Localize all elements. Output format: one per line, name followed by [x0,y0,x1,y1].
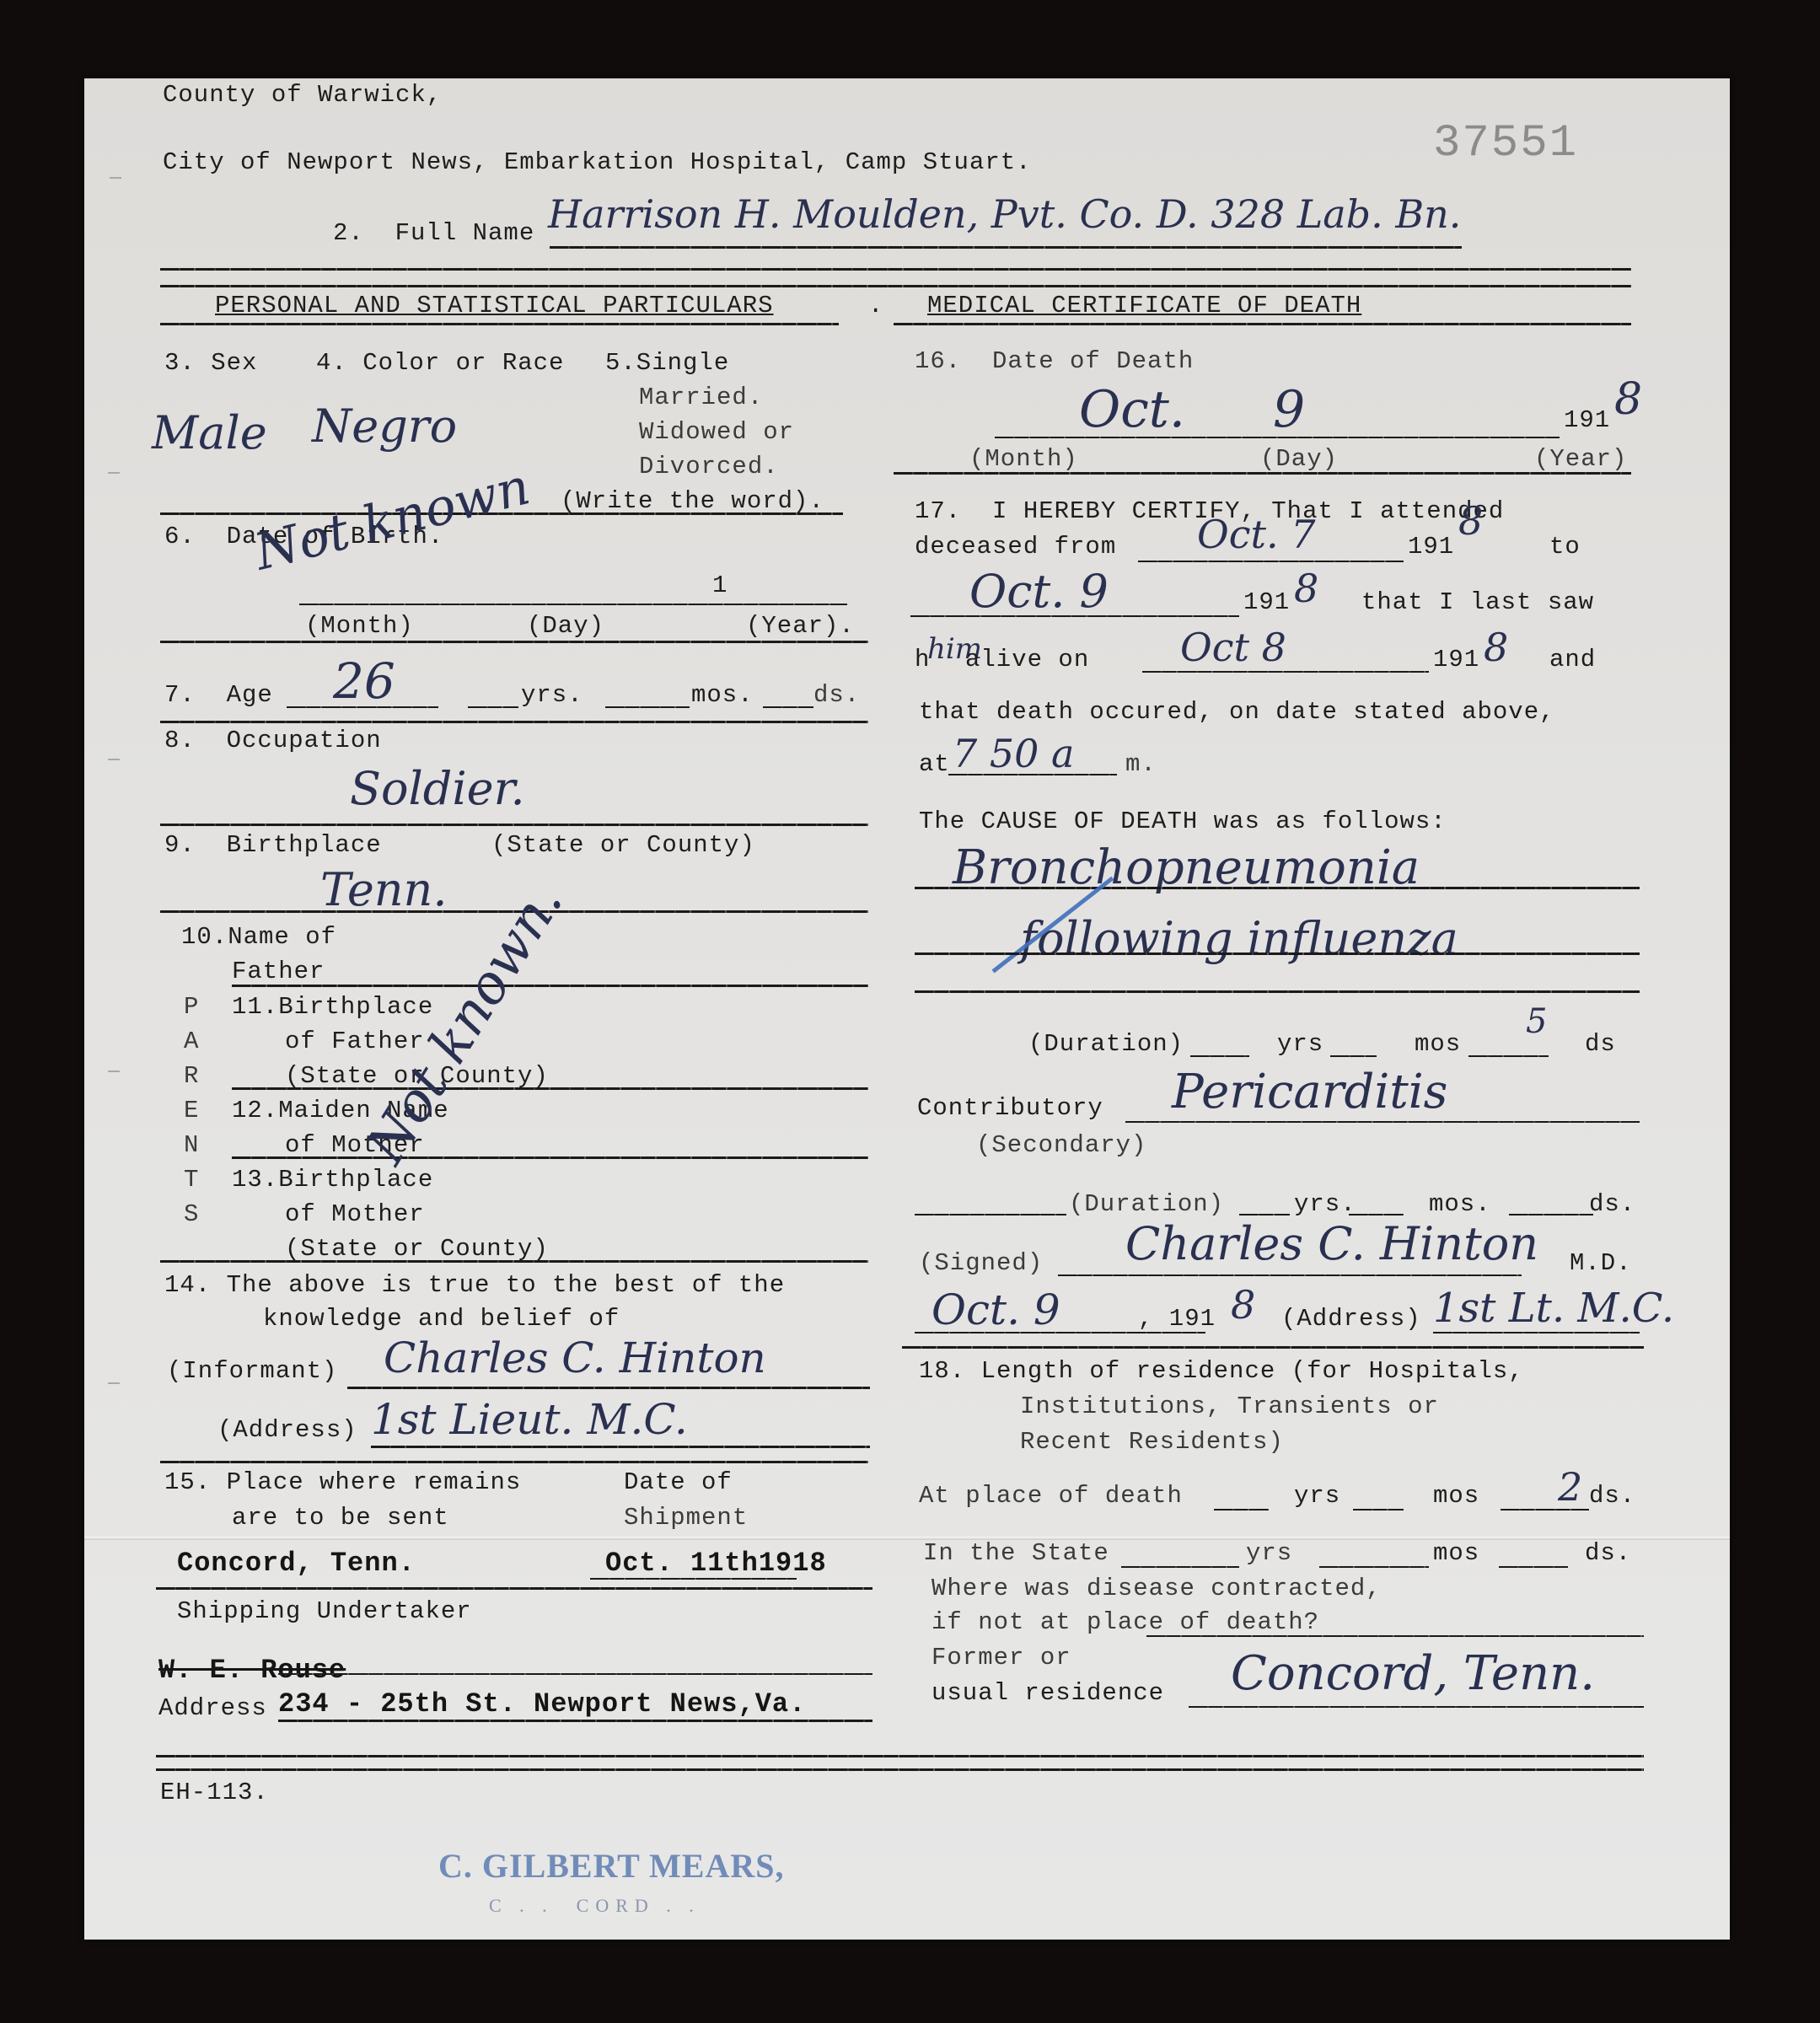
state-yrs: yrs [1246,1539,1292,1568]
state-mos: mos [1433,1539,1479,1568]
age-label: 7. Age [164,681,273,710]
race-label: 4. Color or Race [316,349,564,378]
duration-yrs: yrs [1277,1030,1323,1059]
parents-vertical-letter: S [184,1200,199,1229]
dod-year-prefix: 191 [1564,406,1610,435]
remains-destination: Concord, Tenn. [177,1549,416,1578]
cause-of-death-label: The CAUSE OF DEATH was as follows: [919,808,1447,836]
divider [160,323,839,325]
signature-line [1058,1274,1522,1276]
dod-month-label: (Month) [969,445,1078,474]
secondary-label: (Secondary) [976,1131,1146,1160]
duration-ds: ds [1585,1030,1616,1059]
informant-label: (Informant) [167,1357,337,1386]
sex-value: Male [152,411,267,455]
dob-typed-digit: 1 [712,571,727,600]
duration2-line [1509,1214,1593,1215]
cause-line [915,887,1640,889]
divider [894,472,1631,475]
pod-line [1214,1509,1269,1511]
remains-label: are to be sent [232,1504,449,1532]
dob-day-label: (Day) [527,612,604,641]
pod-line [1353,1509,1404,1511]
duration-line [1468,1055,1549,1057]
duration-ds-value: 5 [1526,1000,1547,1044]
age-mos-label: mos. [691,681,754,710]
informant-signature: Charles C. Hinton [384,1336,766,1380]
duration-mos: mos [1415,1030,1461,1059]
section-title-personal: PERSONAL AND STATISTICAL PARTICULARS [215,292,774,320]
margin-tick [110,177,121,179]
signed-date-line [915,1332,1205,1333]
attended-from-year: 8 [1458,499,1483,543]
divider [156,1768,1644,1771]
shipment-date: Oct. 11th1918 [605,1549,827,1578]
time-label: at [919,750,950,779]
dob-year-label: (Year). [746,612,855,641]
marital-label: (Write the word). [561,487,824,516]
age-yrs-label: yrs. [521,681,583,710]
contributory-line [1125,1121,1640,1123]
divider [160,1260,868,1263]
mother-birthplace-label: (State or County) [285,1235,549,1264]
pod-ds: ds. [1589,1482,1635,1511]
undertaker-label: Shipping Undertaker [177,1597,472,1626]
marital-label: Married. [639,384,763,412]
informant-line [347,1387,870,1389]
margin-tick [108,472,120,474]
divider [232,1156,868,1159]
section-separator: . [868,292,883,320]
signed-year-prefix: , 191 [1138,1305,1216,1333]
birthplace-label: 9. Birthplace [164,831,382,860]
divider [160,721,868,723]
occupation-value: Soldier. [350,767,525,811]
in-state-label: In the State [923,1539,1109,1568]
former-residence-value: Concord, Tenn. [1231,1652,1595,1696]
undertaker-address-value: 234 - 25th St. Newport News,Va. [278,1690,806,1719]
certify-and: and [1549,646,1596,674]
state-line [1499,1566,1568,1568]
signed-suffix: M.D. [1570,1249,1632,1278]
father-birthplace-label: of Father [285,1028,425,1056]
dod-line [995,437,1560,438]
duration2-line [915,1214,1066,1215]
divider [160,1461,868,1463]
dob-line [299,604,847,605]
dod-year-suffix: 8 [1614,378,1642,421]
physician-address-label: (Address) [1281,1305,1421,1333]
shipment-label: Shipment [624,1504,748,1532]
last-seen-year: 8 [1484,625,1508,669]
age-value: 26 [333,659,395,703]
physician-signature: Charles C. Hinton [1125,1222,1538,1266]
divider [156,1755,1644,1757]
pod-yrs: yrs [1294,1482,1340,1511]
contracted-label: Where was disease contracted, [931,1575,1382,1603]
father-name-label: Father [232,958,325,986]
mother-birthplace-label: of Mother [285,1200,425,1229]
duration2-line [1239,1214,1290,1215]
marital-label: 5.Single [605,349,729,378]
time-of-death-value: 7 50 a [953,732,1074,775]
undertaker-address-line [278,1720,872,1722]
residence-label: Recent Residents) [1020,1428,1284,1457]
parents-vertical-letter: T [184,1166,199,1194]
remains-label: 15. Place where remains [164,1468,521,1497]
margin-tick [108,759,120,760]
age-ds-label: ds. [813,681,860,710]
marital-label: Widowed or [639,418,794,447]
duration2-ds: ds. [1589,1190,1635,1219]
certify-alive-on: alive on [965,646,1089,674]
certify-death-statement: that death occured, on date stated above… [919,698,1555,727]
informant-address-value: 1st Lieut. M.C. [371,1398,688,1441]
birthplace-value: Tenn. [320,868,448,912]
attended-from-line [1138,561,1404,562]
race-value: Negro [312,405,457,448]
full-name-line [550,246,1462,249]
registrar-stamp-subtitle: C . . CORD . . [489,1895,701,1917]
parents-vertical-letter: N [184,1131,199,1160]
attended-to-value: Oct. 9 [969,570,1109,614]
record-number: 37551 [1433,118,1578,169]
informant-address-label: (Address) [217,1416,357,1445]
signed-date: Oct. 9 [931,1288,1060,1332]
father-birthplace-label: 11.Birthplace [232,993,433,1022]
form-number: EH-113. [160,1779,269,1807]
dod-label: 16. Date of Death [915,347,1194,376]
cause-primary-value: Bronchopneumonia [953,846,1420,890]
duration2-line [1349,1214,1404,1215]
parents-vertical-letter: A [184,1028,199,1056]
pod-mos: mos [1433,1482,1479,1511]
signed-label: (Signed) [919,1249,1043,1278]
full-name-value: Harrison H. Moulden, Pvt. Co. D. 328 Lab… [548,192,1461,236]
margin-tick [108,1071,120,1072]
divider [160,268,1631,271]
age-line [763,706,813,708]
dod-year-label: (Year) [1534,445,1627,474]
dod-day-value: 9 [1273,388,1305,432]
duration2-mos: mos. [1429,1190,1491,1219]
county-heading: County of Warwick, [163,81,442,110]
parents-vertical-letter: E [184,1097,199,1125]
certify-year-prefix: 191 [1408,533,1454,561]
attended-from-value: Oct. 7 [1197,512,1315,556]
certify-last-saw: that I last saw [1361,588,1594,617]
paper-fold-line [84,1537,1730,1540]
margin-tick [108,1382,120,1384]
dod-month-value: Oct. [1079,388,1185,432]
informant-address-line [371,1446,870,1448]
time-line [948,774,1117,775]
certify-from-label: deceased from [915,533,1116,561]
state-line [1319,1566,1429,1568]
physician-address-line [1433,1332,1640,1333]
section-title-medical: MEDICAL CERTIFICATE OF DEATH [927,292,1361,320]
contributory-value: Pericarditis [1172,1071,1447,1114]
physician-address-value: 1st Lt. M.C. [1433,1286,1674,1330]
divider [902,1346,1644,1349]
divider [160,824,868,826]
divider [160,641,868,643]
attended-to-line [910,615,1239,617]
city-heading: City of Newport News, Embarkation Hospit… [163,148,1032,177]
undertaker-line [278,1673,872,1675]
divider [160,285,1631,287]
former-residence-line [1189,1706,1644,1708]
full-name-label: 2. Full Name [333,219,534,248]
divider [894,323,1631,325]
shipment-line [590,1578,797,1580]
attended-to-year: 8 [1294,566,1318,610]
contracted-line [1146,1635,1644,1637]
registrar-stamp: C. GILBERT MEARS, [438,1846,785,1886]
occupation-label: 8. Occupation [164,727,382,755]
age-line [468,706,518,708]
cause-line [915,952,1640,955]
contracted-label: if not at place of death? [931,1608,1319,1637]
pod-ds-value: 2 [1558,1465,1582,1509]
undertaker-address-label: Address [158,1694,267,1723]
pod-line [1501,1509,1589,1511]
divider [232,1087,868,1090]
duration2-label: (Duration) [1069,1190,1224,1219]
sex-label: 3. Sex [164,349,257,378]
parents-vertical-letter: R [184,1062,199,1091]
former-residence-label: usual residence [931,1679,1164,1708]
age-line [605,706,690,708]
informant-statement: knowledge and belief of [263,1305,620,1333]
divider [232,985,868,987]
informant-statement: 14. The above is true to the best of the [164,1271,785,1300]
residence-label: Institutions, Transients or [1020,1392,1439,1421]
certify-year-prefix: 191 [1243,588,1290,617]
last-seen-value: Oct 8 [1180,625,1286,669]
certify-to-label: to [1549,533,1581,561]
duration-label: (Duration) [1028,1030,1184,1059]
residence-label: 18. Length of residence (for Hospitals, [919,1357,1524,1386]
duration-line [1330,1055,1377,1057]
contributory-label: Contributory [917,1094,1103,1123]
duration-line [1190,1055,1249,1057]
place-of-death-label: At place of death [919,1482,1183,1511]
birthplace-hint: (State or County) [491,831,755,860]
certify-year-prefix: 191 [1433,646,1479,674]
duration2-yrs: yrs. [1294,1190,1356,1219]
time-suffix: m. [1125,750,1157,779]
parents-vertical-letter: P [184,993,199,1022]
dob-month-label: (Month) [305,612,414,641]
marital-label: Divorced. [639,453,779,481]
undertaker-name: W. E. Rouse [158,1656,346,1685]
divider [156,1587,872,1590]
state-ds: ds. [1585,1539,1631,1568]
father-name-label: 10.Name of [181,923,336,952]
shipment-label: Date of [624,1468,733,1497]
state-line [1121,1566,1239,1568]
former-residence-label: Former or [931,1644,1071,1672]
last-seen-line [1142,671,1429,673]
cause-line [915,990,1640,993]
dod-day-label: (Day) [1260,445,1338,474]
signed-year-suffix: 8 [1231,1283,1255,1327]
age-line [287,706,438,708]
